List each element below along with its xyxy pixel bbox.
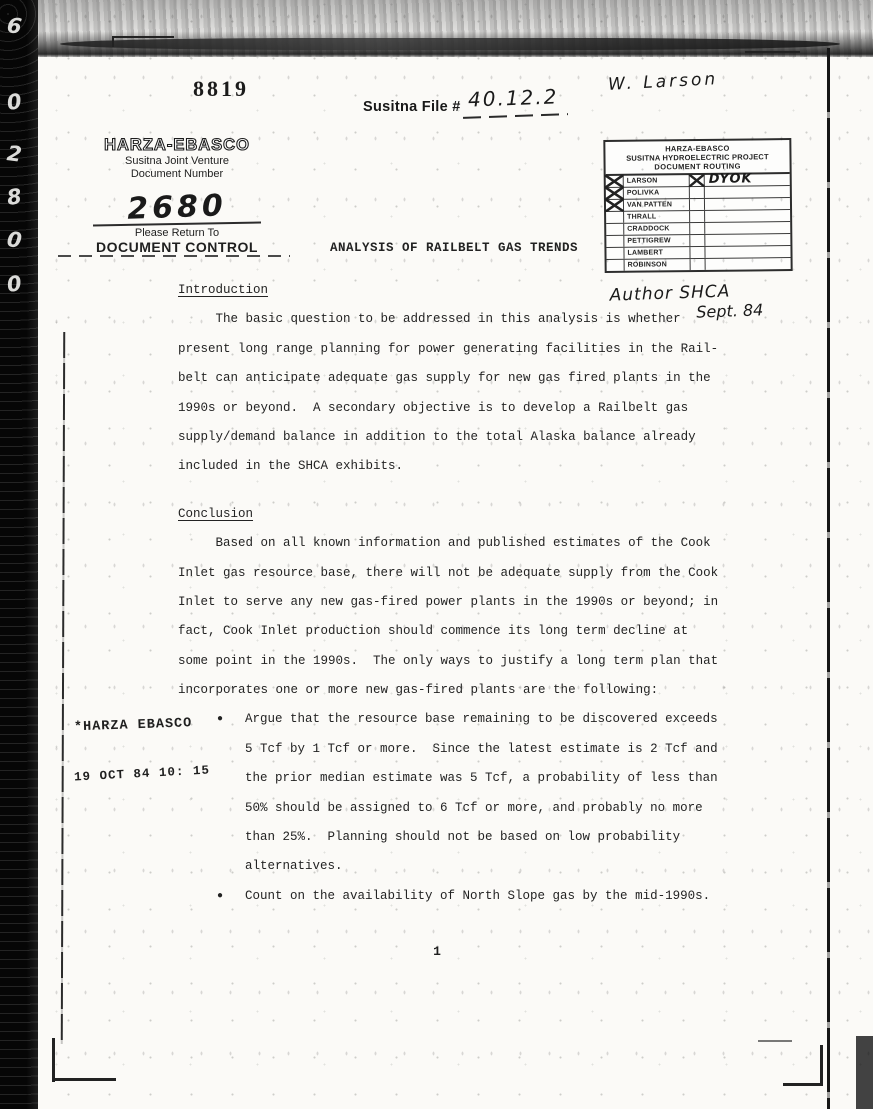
routing-checkbox	[607, 260, 625, 271]
document-control-stamp: HARZA-EBASCO Susitna Joint Venture Docum…	[82, 136, 272, 255]
corner-mark-bottom-right-dash	[758, 1040, 792, 1042]
corner-mark-top-left-tick	[112, 36, 114, 47]
scan-smudge	[60, 38, 840, 50]
dc-subtitle-2: Document Number	[82, 168, 272, 181]
routing-checkbox	[606, 188, 624, 199]
routing-table: LARSONDYOKPOLIVKAVAN PATTENTHRALLCRADDOC…	[606, 174, 791, 271]
corner-mark-bottom-left-h	[52, 1078, 116, 1081]
susitna-file-row: Susitna File # 40.12.2	[363, 98, 461, 116]
scanned-document-page: 602800 8819 Susitna File # 40.12.2 W. La…	[0, 0, 873, 1109]
routing-name: POLIVKA	[624, 187, 690, 199]
routing-checkbox	[606, 200, 624, 211]
bullet-line: 5 Tcf by 1 Tcf or more. Since the latest…	[178, 735, 738, 764]
routing-name: ROBINSON	[625, 259, 691, 271]
susitna-file-label: Susitna File #	[363, 99, 461, 115]
routing-mid-cell	[690, 211, 705, 222]
harza-ebasco-logo: HARZA-EBASCO	[82, 136, 272, 155]
routing-note-cell	[705, 246, 790, 258]
document-title: ANALYSIS OF RAILBELT GAS TRENDS	[330, 241, 578, 255]
routing-note-cell	[705, 222, 790, 234]
routed-to-handwriting: W. Larson	[608, 69, 719, 95]
page-edge-line-right	[827, 48, 830, 1109]
routing-mid-cell	[691, 259, 706, 270]
spine-handwritten-character: 8	[5, 184, 23, 210]
routing-stamp-header: HARZA-EBASCO SUSITNA HYDROELECTRIC PROJE…	[605, 140, 789, 176]
x-mark-icon	[606, 176, 623, 187]
spine-handwritten-character: 6	[6, 13, 23, 39]
page-number: 1	[352, 944, 522, 959]
spine-handwritten-character: 0	[6, 227, 23, 253]
section-heading: Conclusion	[178, 500, 738, 529]
susitna-file-underline	[463, 113, 568, 119]
routing-checkbox	[606, 224, 624, 235]
dc-dashed-separator	[58, 255, 290, 257]
typed-line: present long range planning for power ge…	[178, 335, 738, 364]
spine-handwritten-character: 2	[6, 141, 23, 167]
routing-name: LAMBERT	[624, 247, 690, 259]
document-id-stamp: 8819	[193, 76, 249, 102]
typed-line: some point in the 1990s. The only ways t…	[178, 647, 738, 676]
bullet-line: ●Count on the availability of North Slop…	[178, 882, 738, 911]
dc-return-line: Please Return To	[82, 227, 272, 239]
corner-mark-bottom-left-v	[52, 1038, 55, 1082]
scan-blotch-bottom-right	[856, 1036, 873, 1109]
routing-mid-cell	[690, 187, 705, 198]
routing-name: PETTIGREW	[624, 235, 690, 247]
binder-spine: 602800	[0, 0, 38, 1109]
typed-line: incorporates one or more new gas-fired p…	[178, 676, 738, 705]
susitna-file-number-handwritten: 40.12.2	[468, 84, 559, 111]
section-heading: Introduction	[178, 276, 738, 305]
routing-mid-cell	[690, 247, 705, 258]
spine-handwritten-character: 0	[5, 271, 23, 297]
routing-name: THRALL	[624, 211, 690, 223]
routing-mid-cell	[690, 223, 705, 234]
routing-note-cell	[705, 210, 790, 222]
routing-note-cell	[705, 234, 790, 246]
page-edge-line-left	[61, 332, 65, 1044]
routing-note-cell	[705, 198, 790, 210]
typed-line: 1990s or beyond. A secondary objective i…	[178, 394, 738, 423]
bullet-icon: ●	[217, 705, 223, 734]
routing-note-cell	[705, 186, 790, 198]
bullet-line: ●Argue that the resource base remaining …	[178, 705, 738, 734]
routing-name: CRADDOCK	[624, 223, 690, 235]
typed-line: Based on all known information and publi…	[178, 529, 738, 558]
routing-mid-cell	[690, 175, 705, 186]
corner-mark-bottom-right-v	[820, 1045, 823, 1086]
routing-checkbox	[606, 212, 624, 223]
routing-row: ROBINSON	[607, 258, 791, 271]
typed-body: Introduction The basic question to be ad…	[178, 276, 738, 911]
x-mark-icon	[606, 188, 623, 199]
routing-note-cell	[706, 258, 791, 270]
typed-line: included in the SHCA exhibits.	[178, 452, 738, 481]
typed-line: Inlet to serve any new gas-fired power p…	[178, 588, 738, 617]
x-mark-icon	[606, 200, 623, 211]
bullet-icon: ●	[217, 882, 223, 911]
routing-note-handwriting: DYOK	[709, 171, 753, 186]
routing-checkbox	[606, 236, 624, 247]
routing-header-line3: DOCUMENT ROUTING	[608, 161, 788, 172]
corner-mark-top-left	[112, 36, 174, 38]
bullet-line: than 25%. Planning should not be based o…	[178, 823, 738, 852]
routing-note-cell: DYOK	[705, 174, 790, 186]
routing-stamp: HARZA-EBASCO SUSITNA HYDROELECTRIC PROJE…	[603, 138, 792, 273]
routing-name: LARSON	[624, 175, 690, 187]
bullet-line: alternatives.	[178, 852, 738, 881]
dc-control-line: DOCUMENT CONTROL	[82, 239, 272, 255]
corner-mark-bottom-right-h	[783, 1083, 823, 1086]
typed-line: supply/demand balance in addition to the…	[178, 423, 738, 452]
typed-line: fact, Cook Inlet production should comme…	[178, 617, 738, 646]
routing-checkbox	[606, 248, 624, 259]
bullet-line: 50% should be assigned to 6 Tcf or more,…	[178, 794, 738, 823]
typed-line: belt can anticipate adequate gas supply …	[178, 364, 738, 393]
routing-checkbox	[606, 176, 624, 187]
scan-top-edge-band	[0, 0, 873, 57]
routing-name: VAN PATTEN	[624, 199, 690, 211]
dc-subtitle-1: Susitna Joint Venture	[82, 155, 272, 168]
typed-line: Inlet gas resource base, there will not …	[178, 559, 738, 588]
corner-mark-top-right	[745, 51, 800, 53]
routing-mid-cell	[690, 235, 705, 246]
routing-mid-cell	[690, 199, 705, 210]
typed-line: The basic question to be addressed in th…	[178, 305, 738, 334]
bullet-line: the prior median estimate was 5 Tcf, a p…	[178, 764, 738, 793]
x-mark-icon	[690, 175, 704, 186]
spine-handwritten-character: 0	[5, 89, 23, 115]
